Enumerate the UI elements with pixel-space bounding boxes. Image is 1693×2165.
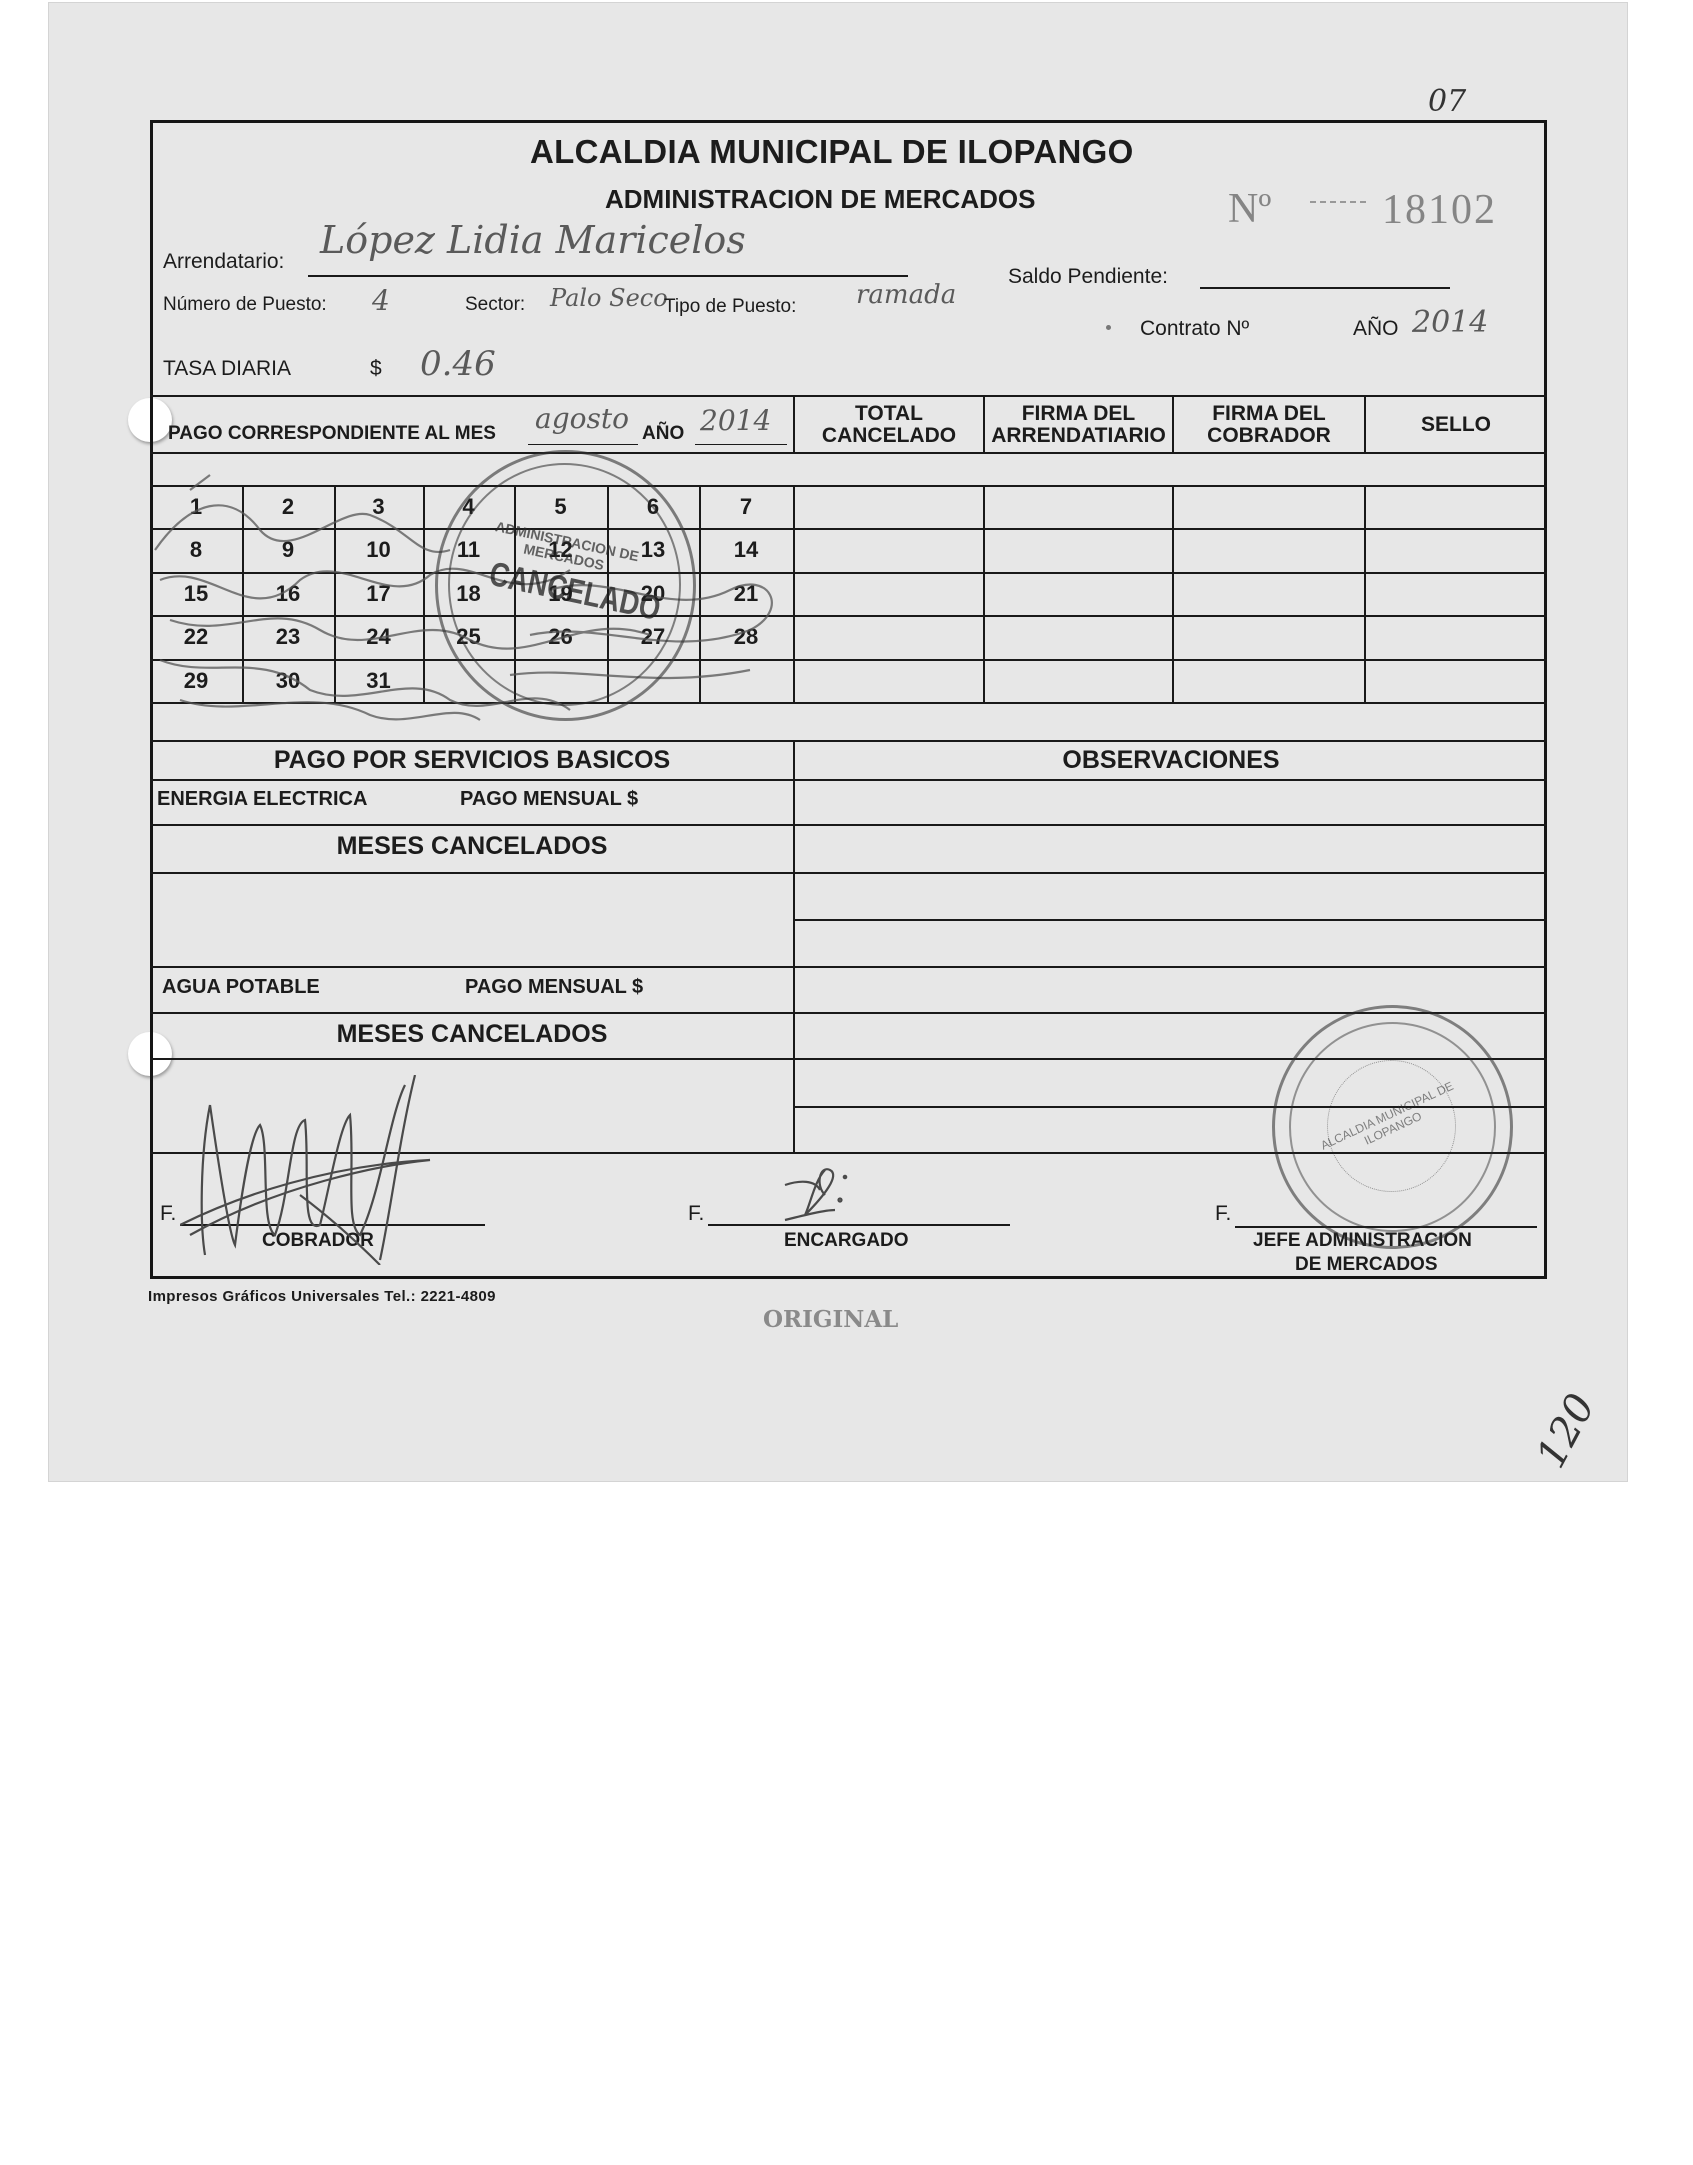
anio-value[interactable]: 2014 [1412, 305, 1488, 340]
anio-label: AÑO [1353, 317, 1399, 341]
tasa-value[interactable]: 0.46 [420, 344, 496, 384]
contrato-label: Contrato Nº [1140, 317, 1249, 341]
sector-label: Sector: [465, 294, 525, 316]
encargado-f: F. [688, 1202, 704, 1226]
tipo-puesto-value[interactable]: ramada [856, 280, 956, 310]
table-header-bottom-line [150, 452, 1547, 454]
energia-label: ENERGIA ELECTRICA [157, 788, 367, 811]
col-divider [1364, 485, 1366, 703]
col-header-sello: SELLO [1366, 414, 1546, 436]
col-header-total: TOTAL CANCELADO [795, 403, 983, 447]
tasa-label: TASA DIARIA [163, 357, 291, 381]
row-line [150, 779, 1547, 781]
jefe-label-2: DE MERCADOS [1295, 1254, 1438, 1276]
agua-meses-label: MESES CANCELADOS [152, 1020, 792, 1049]
cobrador-f: F. [160, 1202, 176, 1226]
col-divider [983, 485, 985, 703]
energia-pago-label: PAGO MENSUAL $ [460, 788, 638, 811]
year-label: AÑO [642, 423, 684, 445]
section-top-line [150, 740, 1547, 742]
receipt-number-label: Nº [1228, 185, 1271, 233]
admin-stamp: ALCALDIA MUNICIPAL DE ILOPANGO [1272, 1005, 1513, 1249]
receipt-number-dashes [1310, 201, 1366, 203]
cobrador-signature[interactable] [180, 1075, 480, 1265]
year-value[interactable]: 2014 [700, 404, 771, 437]
form-subtitle: ADMINISTRACION DE MERCADOS [605, 184, 1035, 215]
copy-type: ORIGINAL [763, 1306, 898, 1333]
year-underline [695, 444, 787, 445]
arrendatario-label: Arrendatario: [163, 250, 284, 274]
table-top-line [150, 395, 1547, 397]
puesto-value[interactable]: 4 [372, 284, 390, 317]
tasa-currency: $ [370, 357, 382, 381]
agua-pago-label: PAGO MENSUAL $ [465, 976, 643, 999]
period-label: PAGO CORRESPONDIENTE AL MES [168, 423, 496, 445]
saldo-underline [1200, 287, 1450, 289]
saldo-label: Saldo Pendiente: [1008, 265, 1168, 289]
form-title: ALCALDIA MUNICIPAL DE ILOPANGO [530, 133, 1134, 171]
receipt-number: 18102 [1382, 186, 1497, 234]
encargado-label: ENCARGADO [784, 1230, 909, 1252]
cancelado-stamp: ADMINISTRACION DE MERCADOS CANCELADO [435, 450, 696, 721]
arrendatario-underline [308, 275, 908, 277]
jefe-f: F. [1215, 1202, 1231, 1226]
col-header-firma-cobrador: FIRMA DEL COBRADOR [1174, 403, 1364, 447]
arrendatario-value[interactable]: López Lidia Maricelos [320, 218, 746, 262]
month-underline [528, 444, 638, 445]
puesto-label: Número de Puesto: [163, 294, 327, 316]
services-title: PAGO POR SERVICIOS BASICOS [152, 746, 792, 775]
bullet-dot [1106, 325, 1111, 330]
annotation-top: 07 [1428, 84, 1466, 119]
printer-credit: Impresos Gráficos Universales Tel.: 2221… [148, 1288, 496, 1305]
energia-meses-label: MESES CANCELADOS [152, 832, 792, 861]
col-header-firma-arrendatario: FIRMA DEL ARRENDATIARIO [985, 403, 1172, 447]
observaciones-title: OBSERVACIONES [795, 746, 1547, 775]
tipo-puesto-label: Tipo de Puesto: [664, 296, 796, 318]
sector-value[interactable]: Palo Seco [550, 284, 668, 312]
month-value[interactable]: agosto [535, 402, 629, 435]
agua-label: AGUA POTABLE [162, 976, 320, 999]
col-divider [1172, 485, 1174, 703]
encargado-signature[interactable] [780, 1165, 870, 1225]
